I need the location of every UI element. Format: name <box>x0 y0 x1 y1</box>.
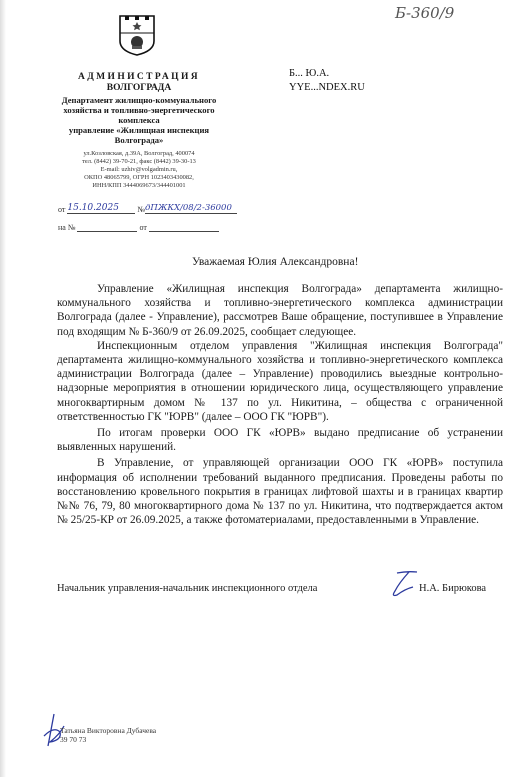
reply-date-label: от <box>139 223 146 232</box>
page-edge-shadow <box>0 0 6 777</box>
letterhead-admin: АДМИНИСТРАЦИЯ <box>50 72 228 83</box>
address-line: ОКПО 48065799, ОГРН 1023403430082, <box>50 174 228 182</box>
paragraph: По итогам проверки ООО ГК «ЮРВ» выдано п… <box>57 426 503 454</box>
number-label: № <box>137 205 145 214</box>
greeting: Уважаемая Юлия Александровна! <box>192 256 358 268</box>
reply-date-line <box>149 221 219 232</box>
paragraph: Управление «Жилищная инспекция Волгоград… <box>57 282 503 339</box>
signature-block: Начальник управления-начальник инспекцио… <box>57 583 507 594</box>
outgoing-reference: от 15.10.2025 №дПЖКХ/08/2-36000 <box>58 203 237 214</box>
address-line: ИНН/КПП 3444069673/344401001 <box>50 182 228 190</box>
recipient-email: YYE...NDEX.RU <box>289 82 365 93</box>
address-line: E-mail: uzhiv@volgadmin.ru, <box>50 166 228 174</box>
dept-line: управление «Жилищная инспекция <box>50 125 228 135</box>
address-line: ул.Козловская, д.39А, Волгоград, 400074 <box>50 150 228 158</box>
executor-name: Татьяна Викторовна Дубачева <box>60 726 156 735</box>
date-value: 15.10.2025 <box>67 203 135 214</box>
signatory-name: Н.А. Бирюкова <box>419 583 486 594</box>
executor-phone: 39 70 73 <box>60 735 156 744</box>
letterhead-city: ВОЛГОГРАДА <box>50 83 228 94</box>
reply-number-label: на № <box>58 223 75 232</box>
reply-reference: на № от <box>58 221 219 232</box>
dept-line: Волгограда» <box>50 135 228 145</box>
dept-line: хозяйства и топливно-энергетического <box>50 105 228 115</box>
executor-info: Татьяна Викторовна Дубачева 39 70 73 <box>60 726 156 744</box>
coat-of-arms-icon <box>117 13 157 57</box>
signatory-position: Начальник управления-начальник инспекцио… <box>57 583 317 594</box>
dept-line: комплекса <box>50 115 228 125</box>
recipient-name: Б... Ю.А. <box>289 68 329 79</box>
handwritten-signature-icon <box>387 569 421 602</box>
date-label: от <box>58 205 65 214</box>
reply-number-line <box>77 221 137 232</box>
number-value: дПЖКХ/08/2-36000 <box>145 203 237 214</box>
letterhead-department: Департамент жилищно-коммунального хозяйс… <box>50 95 228 145</box>
address-line: тел. (8442) 39-70-21, факс (8442) 39-30-… <box>50 158 228 166</box>
letterhead-address: ул.Козловская, д.39А, Волгоград, 400074 … <box>50 150 228 190</box>
paragraph: Инспекционным отделом управления "Жилищн… <box>57 339 503 424</box>
handwritten-incoming-number: Б-360/9 <box>395 4 454 22</box>
dept-line: Департамент жилищно-коммунального <box>50 95 228 105</box>
paragraph: В Управление, от управляющей организации… <box>57 456 503 527</box>
letter-body: Управление «Жилищная инспекция Волгоград… <box>57 282 503 527</box>
